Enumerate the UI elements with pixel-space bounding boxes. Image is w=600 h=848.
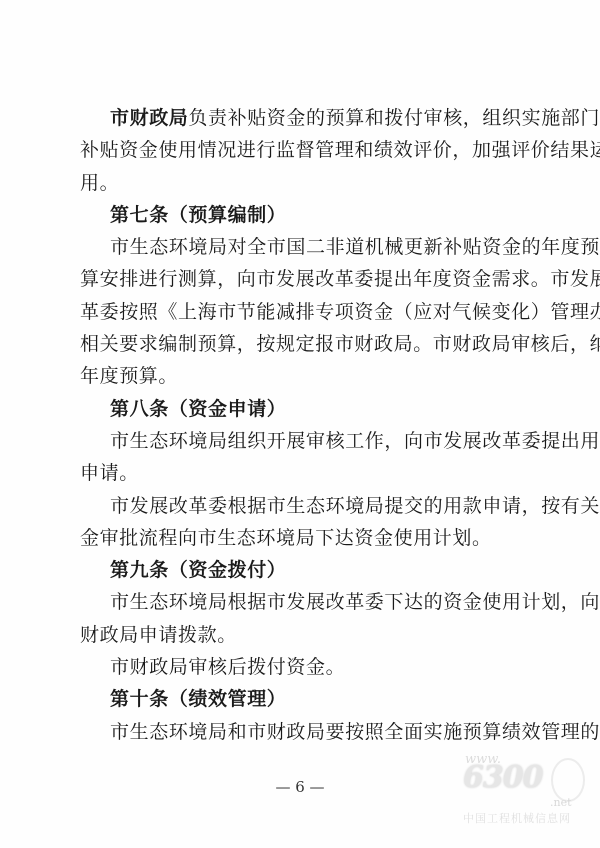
bold-text: 第八条（资金申请） [110, 398, 286, 420]
paragraph-line: 补贴资金使用情况进行监督管理和绩效评价，加强评价结果运 [80, 134, 526, 166]
text-segment: 革委按照《上海市节能减排专项资金（应对气候变化）管理办法》 [80, 301, 600, 323]
paragraph-line: 相关要求编制预算，按规定报市财政局。市财政局审核后，纳入 [80, 328, 526, 360]
watermark-tld: .net [550, 796, 572, 809]
text-segment: 市生态环境局组织开展审核工作，向市发展改革委提出用款 [110, 430, 600, 452]
paragraph-line: 市生态环境局根据市发展改革委下达的资金使用计划，向市 [80, 586, 526, 618]
section-heading: 第七条（预算编制） [80, 199, 526, 231]
section-heading: 第八条（资金申请） [80, 393, 526, 425]
bold-text: 市财政局 [110, 107, 188, 129]
document-body: 市财政局负责补贴资金的预算和拨付审核，组织实施部门对补贴资金使用情况进行监督管理… [80, 102, 526, 748]
text-segment: 补贴资金使用情况进行监督管理和绩效评价，加强评价结果运 [80, 139, 600, 161]
text-segment: 市发展改革委根据市生态环境局提交的用款申请，按有关资 [110, 495, 600, 517]
paragraph-line: 财政局申请拨款。 [80, 619, 526, 651]
paragraph-line: 市生态环境局和市财政局要按照全面实施预算绩效管理的 [80, 716, 526, 748]
paragraph-line: 市生态环境局对全市国二非道机械更新补贴资金的年度预 [80, 231, 526, 263]
text-segment: 市财政局审核后拨付资金。 [110, 656, 345, 678]
paragraph-line: 市财政局审核后拨付资金。 [80, 651, 526, 683]
watermark-number: 6300 [463, 760, 543, 795]
text-segment: 市生态环境局和市财政局要按照全面实施预算绩效管理的 [110, 721, 600, 743]
text-segment: 市生态环境局根据市发展改革委下达的资金使用计划，向市 [110, 591, 600, 613]
text-segment: 负责补贴资金的预算和拨付审核，组织实施部门对 [188, 107, 600, 129]
bold-text: 第七条（预算编制） [110, 204, 286, 226]
paragraph-line: 年度预算。 [80, 360, 526, 392]
text-segment: 金审批流程向市生态环境局下达资金使用计划。 [80, 527, 492, 549]
paragraph-line: 金审批流程向市生态环境局下达资金使用计划。 [80, 522, 526, 554]
text-segment: 市生态环境局对全市国二非道机械更新补贴资金的年度预 [110, 236, 600, 258]
text-segment: 相关要求编制预算，按规定报市财政局。市财政局审核后，纳入 [80, 333, 600, 355]
watermark-caption: 中国工程机械信息网 [463, 810, 571, 826]
section-heading: 第十条（绩效管理） [80, 683, 526, 715]
watermark-logo: www. 6300 .net 中国工程机械信息网 [455, 752, 595, 832]
bold-text: 第九条（资金拨付） [110, 559, 286, 581]
paragraph-line: 算安排进行测算，向市发展改革委提出年度资金需求。市发展改 [80, 263, 526, 295]
paragraph-line: 市财政局负责补贴资金的预算和拨付审核，组织实施部门对 [80, 102, 526, 134]
paragraph-line: 市生态环境局组织开展审核工作，向市发展改革委提出用款 [80, 425, 526, 457]
section-heading: 第九条（资金拨付） [80, 554, 526, 586]
paragraph-line: 用。 [80, 167, 526, 199]
text-segment: 算安排进行测算，向市发展改革委提出年度资金需求。市发展改 [80, 268, 600, 290]
paragraph-line: 革委按照《上海市节能减排专项资金（应对气候变化）管理办法》 [80, 296, 526, 328]
text-segment: 用。 [80, 172, 119, 194]
paragraph-line: 市发展改革委根据市生态环境局提交的用款申请，按有关资 [80, 490, 526, 522]
text-segment: 年度预算。 [80, 365, 178, 387]
bold-text: 第十条（绩效管理） [110, 688, 286, 710]
text-segment: 申请。 [80, 462, 139, 484]
paragraph-line: 申请。 [80, 457, 526, 489]
document-page: 市财政局负责补贴资金的预算和拨付审核，组织实施部门对补贴资金使用情况进行监督管理… [0, 0, 600, 848]
text-segment: 财政局申请拨款。 [80, 624, 237, 646]
